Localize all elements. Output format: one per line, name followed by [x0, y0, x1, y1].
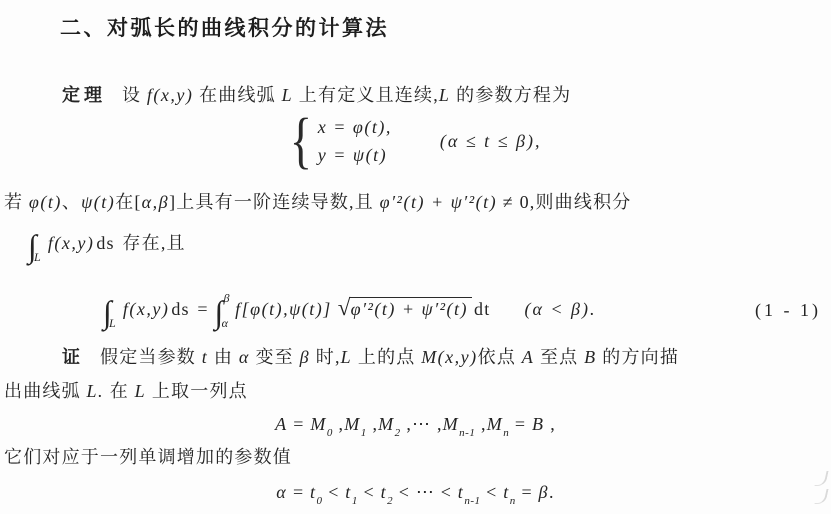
math-token: β: [300, 347, 310, 367]
math-token: M: [378, 414, 395, 434]
math-token: < ⋯ <: [393, 482, 458, 502]
math-token: <: [323, 482, 346, 502]
math-token: =: [288, 414, 311, 434]
math-token: L: [282, 85, 294, 105]
equation-system-column: x = φ(t), y = ψ(t): [318, 117, 392, 166]
math-token: L: [34, 250, 42, 264]
math-token: α,β: [142, 192, 169, 212]
math-token: 上的点: [352, 347, 421, 367]
math-token: φ′²(t) + ψ′²(t): [380, 192, 497, 212]
math-token: ,⋯ ,: [401, 414, 443, 434]
math-token: .: [549, 482, 555, 502]
math-token: φ′²(t) + ψ′²(t): [349, 297, 472, 321]
math-token: ,: [333, 414, 344, 434]
math-token: (α < β).: [524, 299, 596, 319]
math-token: L: [135, 381, 147, 401]
monotone-line: 它们对应于一列单调增加的参数值: [4, 446, 292, 469]
math-token: dt: [474, 299, 490, 319]
math-token: L: [341, 347, 353, 367]
proof-label: 证: [62, 347, 84, 367]
math-token: 在曲线弧: [193, 85, 281, 105]
math-token: 若: [4, 192, 29, 212]
math-token: φ(t): [29, 192, 62, 212]
math-token: f(x,y): [48, 233, 94, 253]
math-token: ds: [96, 233, 114, 253]
math-token: 上取一列点: [146, 381, 248, 401]
math-token: f(x,y): [147, 85, 193, 105]
math-token: ψ(t): [81, 192, 115, 212]
math-token: =: [192, 299, 215, 319]
equation-number: (1 - 1): [755, 299, 821, 322]
theorem-label: 定理: [62, 85, 106, 105]
math-token: <: [480, 482, 503, 502]
math-token: β: [223, 291, 230, 305]
proof-line-1: 证假定当参数 t 由 α 变至 β 时,L 上的点 M(x,y)依点 A 至点 …: [62, 346, 679, 369]
math-token: ds: [171, 299, 189, 319]
math-token: B: [532, 414, 545, 434]
math-token: =: [516, 482, 539, 502]
math-token: 的方向描: [597, 347, 680, 367]
params-sequence: α = t0 < t1 < t2 < ⋯ < tn-1 < tn = β.: [0, 481, 831, 508]
points-sequence: A = M0 ,M1 ,M2 ,⋯ ,Mn-1 ,Mn = B ,: [0, 413, 831, 440]
left-brace: {: [290, 112, 312, 171]
math-token: L.: [87, 381, 105, 401]
theorem-intro: 设 f(x,y) 在曲线弧 L 上有定义且连续,L 的参数方程为: [122, 85, 571, 105]
proof-line-2: 出曲线弧 L. 在 L 上取一列点: [4, 380, 248, 403]
math-token: =: [509, 414, 532, 434]
math-token: ,: [545, 414, 556, 434]
math-token: B: [584, 347, 597, 367]
theorem-statement: 定理设 f(x,y) 在曲线弧 L 上有定义且连续,L 的参数方程为: [62, 84, 571, 107]
textbook-page: 二、对弧长的曲线积分的计算法 定理设 f(x,y) 在曲线弧 L 上有定义且连续…: [0, 0, 831, 514]
section-title: 二、对弧长的曲线积分的计算法: [60, 12, 389, 42]
math-token: α: [239, 347, 250, 367]
math-token: β: [539, 482, 549, 502]
math-token: ,: [367, 414, 378, 434]
math-token: 时,: [310, 347, 341, 367]
derivative-condition-line: 若 φ(t)、ψ(t)在[α,β]上具有一阶连续导数,且 φ′²(t) + ψ′…: [4, 191, 631, 214]
equation-x: x = φ(t),: [318, 117, 392, 138]
math-token: 、: [62, 192, 81, 212]
math-token: n-1: [459, 427, 475, 439]
math-token: M: [310, 414, 327, 434]
math-token: L: [109, 316, 117, 330]
math-token: M: [443, 414, 460, 434]
math-token: 设: [122, 85, 147, 105]
math-token: 由: [208, 347, 239, 367]
math-token: 上有定义且连续,: [293, 85, 439, 105]
proof-text-1: 假定当参数 t 由 α 变至 β 时,L 上的点 M(x,y)依点 A 至点 B…: [100, 347, 679, 367]
formula-1-1: ∫Lf(x,y)ds = ∫βαf[φ(t),ψ(t)] √φ′²(t) + ψ…: [103, 291, 597, 332]
math-token: f(x,y): [123, 299, 169, 319]
math-token: f[φ(t),ψ(t)]: [235, 299, 338, 319]
math-token: 存在,且: [117, 233, 186, 253]
math-token: 出曲线弧: [4, 381, 87, 401]
math-token: =: [287, 482, 310, 502]
main-formula-row: ∫Lf(x,y)ds = ∫βαf[φ(t),ψ(t)] √φ′²(t) + ψ…: [0, 283, 831, 335]
math-token: 依点: [478, 347, 522, 367]
math-token: 在: [104, 381, 135, 401]
math-token: M: [344, 414, 361, 434]
math-token: ]上具有一阶连续导数,且: [169, 192, 380, 212]
math-token: 在[: [115, 192, 141, 212]
math-token: L: [439, 85, 451, 105]
parametric-equations: { x = φ(t), y = ψ(t) (α ≤ t ≤ β),: [286, 112, 542, 171]
math-token: ,: [475, 414, 486, 434]
math-token: <: [358, 482, 381, 502]
math-token: 变至: [250, 347, 300, 367]
integral-exists-line: ∫Lf(x,y)ds 存在,且: [28, 230, 186, 266]
math-token: 至点: [534, 347, 584, 367]
math-token: α: [222, 316, 230, 330]
math-token: ≠ 0,则曲线积分: [497, 192, 631, 212]
parameter-range: (α ≤ t ≤ β),: [440, 131, 542, 152]
scan-watermark: [816, 468, 830, 508]
math-token: A: [522, 347, 535, 367]
math-token: n-1: [464, 495, 480, 507]
math-token: A: [275, 414, 288, 434]
math-token: α: [276, 482, 287, 502]
math-token: M: [487, 414, 504, 434]
equation-y: y = ψ(t): [318, 145, 392, 166]
math-token: M(x,y): [421, 347, 477, 367]
math-token: 假定当参数: [100, 347, 202, 367]
math-token: 的参数方程为: [450, 85, 571, 105]
